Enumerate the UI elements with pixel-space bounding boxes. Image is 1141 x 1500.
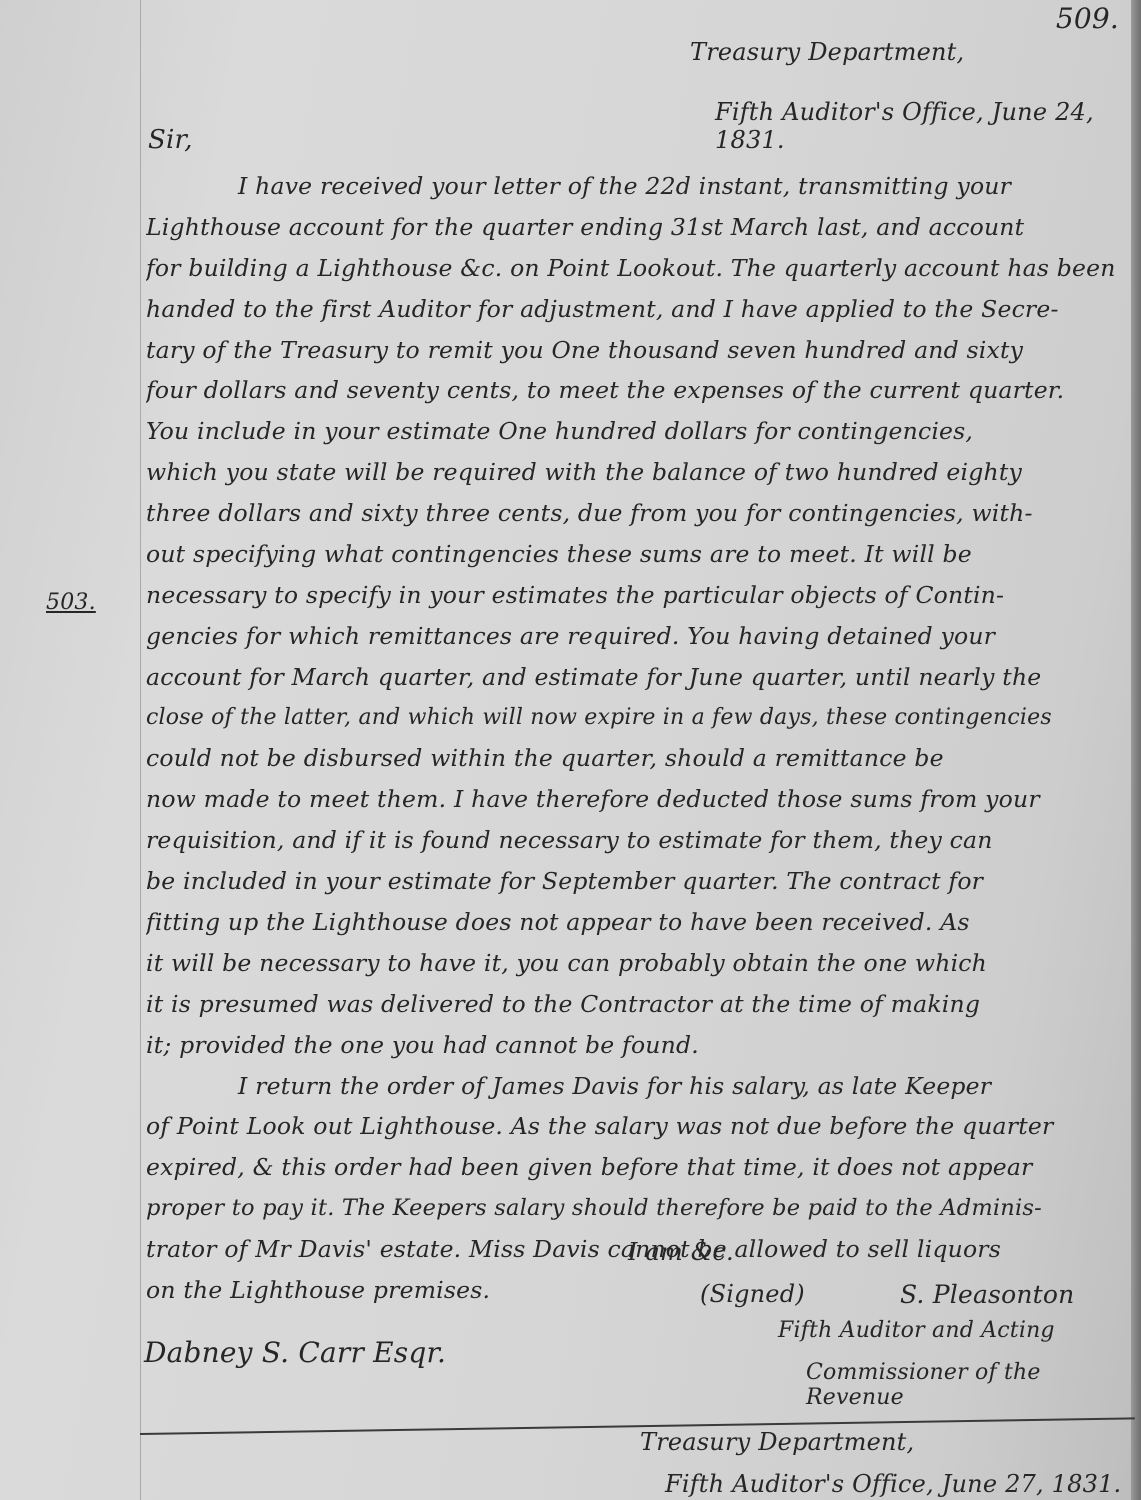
body-line: account for March quarter, and estimate … (146, 657, 1131, 698)
salutation: Sir, (148, 125, 193, 155)
letter-heading-office-date: Fifth Auditor's Office, June 24, 1831. (715, 98, 1141, 154)
body-line: requisition, and if it is found necessar… (146, 820, 1131, 861)
body-line: necessary to specify in your estimates t… (146, 575, 1131, 616)
body-line: fitting up the Lighthouse does not appea… (146, 902, 1131, 943)
closing: I am &c. (628, 1238, 734, 1266)
manuscript-page: 509. Treasury Department, Fifth Auditor'… (0, 0, 1141, 1500)
body-line: of Point Look out Lighthouse. As the sal… (146, 1106, 1131, 1147)
page-number: 509. (1056, 2, 1119, 35)
body-line: be included in your estimate for Septemb… (146, 861, 1131, 902)
next-letter-heading-department: Treasury Department, (640, 1428, 914, 1456)
body-line: close of the latter, and which will now … (146, 698, 1131, 739)
margin-reference-number: 503. (46, 590, 96, 615)
body-line: I have received your letter of the 22d i… (146, 166, 1131, 207)
body-line: it; provided the one you had cannot be f… (146, 1025, 1131, 1066)
body-line: handed to the first Auditor for adjustme… (146, 289, 1131, 330)
body-line: I return the order of James Davis for hi… (146, 1066, 1131, 1107)
body-line: You include in your estimate One hundred… (146, 411, 1131, 452)
body-line: for building a Lighthouse &c. on Point L… (146, 248, 1131, 289)
signature: S. Pleasonton (900, 1280, 1074, 1309)
body-line: Lighthouse account for the quarter endin… (146, 207, 1131, 248)
signer-title-line2: Commissioner of the Revenue (806, 1360, 1141, 1410)
letter-divider (140, 1417, 1135, 1435)
letter-body: I have received your letter of the 22d i… (146, 166, 1131, 1311)
body-line: expired, & this order had been given bef… (146, 1147, 1131, 1188)
signer-title-line1: Fifth Auditor and Acting (778, 1318, 1055, 1343)
body-line: three dollars and sixty three cents, due… (146, 493, 1131, 534)
body-line: proper to pay it. The Keepers salary sho… (146, 1188, 1131, 1229)
addressee: Dabney S. Carr Esqr. (144, 1336, 446, 1369)
body-line: out specifying what contingencies these … (146, 534, 1131, 575)
body-line: gencies for which remittances are requir… (146, 616, 1131, 657)
body-line: tary of the Treasury to remit you One th… (146, 330, 1131, 371)
body-line: could not be disbursed within the quarte… (146, 738, 1131, 779)
body-line: which you state will be required with th… (146, 452, 1131, 493)
body-line: now made to meet them. I have therefore … (146, 779, 1131, 820)
signed-label: (Signed) (700, 1280, 805, 1308)
page-edge-shadow (1131, 0, 1141, 1500)
margin-rule (140, 0, 141, 1500)
letter-heading-department: Treasury Department, (690, 38, 964, 66)
body-line: it will be necessary to have it, you can… (146, 943, 1131, 984)
body-line: it is presumed was delivered to the Cont… (146, 984, 1131, 1025)
next-letter-heading-office-date: Fifth Auditor's Office, June 27, 1831. (665, 1470, 1121, 1498)
body-line: four dollars and seventy cents, to meet … (146, 370, 1131, 411)
